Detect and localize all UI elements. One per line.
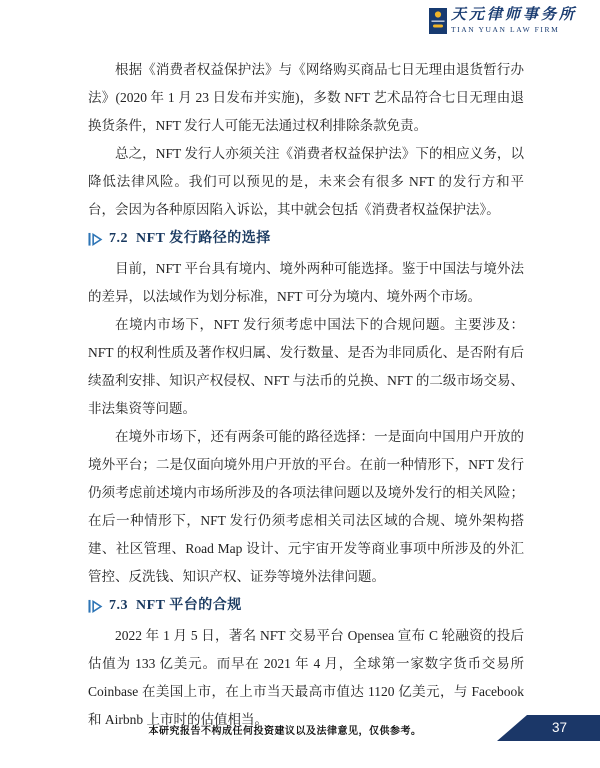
- document-page: 天元律师事务所 TIAN YUAN LAW FIRM 根据《消费者权益保护法》与…: [0, 0, 600, 768]
- section-marker-icon: [88, 232, 103, 247]
- footer-disclaimer: 本研究报告不构成任何投资建议以及法律意见，仅供参考。: [0, 722, 570, 737]
- paragraph: 目前，NFT 平台具有境内、境外两种可能选择。鉴于中国法与境外法的差异，以法域作…: [88, 255, 524, 311]
- firm-logo-text: 天元律师事务所 TIAN YUAN LAW FIRM: [451, 8, 577, 34]
- section-title: NFT 发行路径的选择: [136, 228, 271, 250]
- firm-name-chinese: 天元律师事务所: [451, 8, 577, 23]
- section-heading-7-2: 7.2 NFT 发行路径的选择: [88, 228, 524, 250]
- section-number: 7.2: [109, 228, 128, 250]
- section-heading-7-3: 7.3 NFT 平台的合规: [88, 595, 524, 617]
- section-number: 7.3: [109, 595, 128, 617]
- firm-logo-mark-icon: [429, 8, 447, 34]
- firm-logo: 天元律师事务所 TIAN YUAN LAW FIRM: [429, 8, 577, 34]
- firm-name-english: TIAN YUAN LAW FIRM: [451, 26, 577, 34]
- paragraph: 2022 年 1 月 5 日，著名 NFT 交易平台 Opensea 宣布 C …: [88, 622, 524, 734]
- document-body: 根据《消费者权益保护法》与《网络购买商品七日无理由退货暂行办法》(2020 年 …: [88, 56, 524, 734]
- paragraph: 在境内市场下，NFT 发行须考虑中国法下的合规问题。主要涉及：NFT 的权利性质…: [88, 311, 524, 423]
- section-title: NFT 平台的合规: [136, 595, 242, 617]
- section-marker-icon: [88, 599, 103, 614]
- paragraph: 在境外市场下，还有两条可能的路径选择：一是面向中国用户开放的境外平台；二是仅面向…: [88, 423, 524, 591]
- paragraph: 根据《消费者权益保护法》与《网络购买商品七日无理由退货暂行办法》(2020 年 …: [88, 56, 524, 140]
- page-number: 37: [552, 715, 567, 741]
- paragraph: 总之，NFT 发行人亦须关注《消费者权益保护法》下的相应义务，以降低法律风险。我…: [88, 140, 524, 224]
